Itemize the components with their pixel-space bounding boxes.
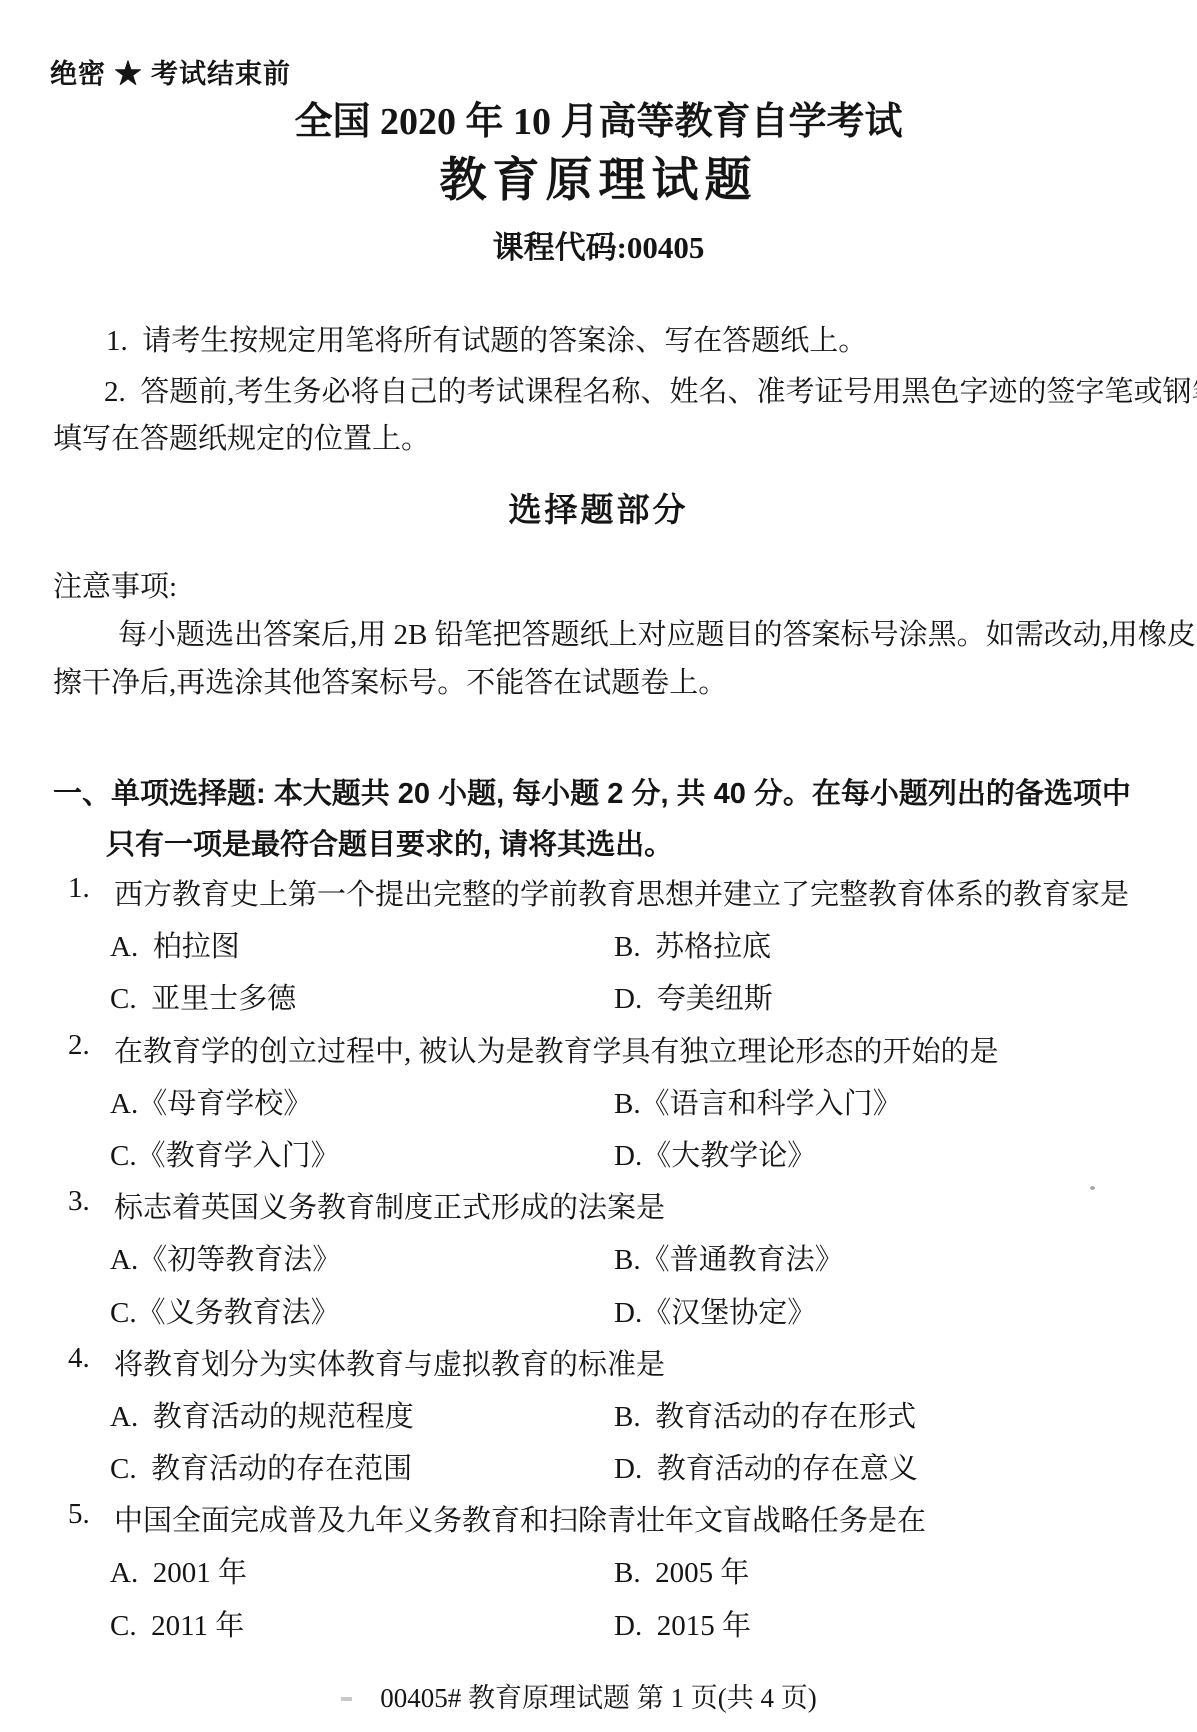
question-1-options-ab: A. 柏拉图 B. 苏格拉底 xyxy=(0,924,1197,976)
question-3-stem-row: 3. 标志着英国义务教育制度正式形成的法案是 xyxy=(0,1185,1197,1237)
question-4-options-cd: C. 教育活动的存在范围 D. 教育活动的存在意义 xyxy=(0,1446,1197,1498)
option-b: B. 2005 年 xyxy=(614,1550,749,1591)
option-b: B. 教育活动的存在形式 xyxy=(614,1394,916,1435)
question-2-options-ab: A.《母育学校》 B.《语言和科学入门》 xyxy=(0,1081,1197,1133)
question-stem: 中国全面完成普及九年义务教育和扫除青壮年文盲战略任务是在 xyxy=(114,1498,926,1539)
option-b: B. 苏格拉底 xyxy=(614,924,771,965)
instruction-item-1: 1. 请考生按规定用笔将所有试题的答案涂、写在答题纸上。 xyxy=(106,318,867,359)
option-c: C. 2011 年 xyxy=(110,1603,244,1644)
notes-line-2: 擦干净后,再选涂其他答案标号。不能答在试题卷上。 xyxy=(53,660,727,701)
part1-heading-line-2: 只有一项是最符合题目要求的, 请将其选出。 xyxy=(106,822,673,863)
section-title-multiple-choice: 选择题部分 xyxy=(0,484,1197,531)
option-d: D. 教育活动的存在意义 xyxy=(614,1446,918,1487)
option-a: A. 2001 年 xyxy=(110,1550,247,1591)
question-number: 1. xyxy=(68,872,90,905)
instruction-item-2-line-1: 2. 答题前,考生务必将自己的考试课程名称、姓名、准考证号用黑色字迹的签字笔或钢… xyxy=(104,369,1197,410)
option-b: B.《普通教育法》 xyxy=(614,1237,844,1278)
exam-session-title: 全国 2020 年 10 月高等教育自学考试 xyxy=(0,90,1197,145)
option-b: B.《语言和科学入门》 xyxy=(614,1081,902,1122)
option-c: C. 教育活动的存在范围 xyxy=(110,1446,412,1487)
exam-paper-page: 绝密 ★ 考试结束前 全国 2020 年 10 月高等教育自学考试 教育原理试题… xyxy=(0,0,1197,1732)
option-d: D. 夸美纽斯 xyxy=(614,976,773,1017)
question-number: 2. xyxy=(68,1029,90,1062)
option-a: A. 柏拉图 xyxy=(110,924,240,965)
notes-label: 注意事项: xyxy=(53,564,177,605)
page-footer: 00405# 教育原理试题 第 1 页(共 4 页) xyxy=(0,1676,1197,1715)
question-5-options-ab: A. 2001 年 B. 2005 年 xyxy=(0,1550,1197,1602)
question-2-options-cd: C.《教育学入门》 D.《大教学论》 xyxy=(0,1133,1197,1185)
question-stem: 将教育划分为实体教育与虚拟教育的标准是 xyxy=(114,1342,665,1383)
question-1-stem-row: 1. 西方教育史上第一个提出完整的学前教育思想并建立了完整教育体系的教育家是 xyxy=(0,872,1197,924)
question-number: 4. xyxy=(68,1342,90,1375)
course-code: 课程代码:00405 xyxy=(0,222,1197,267)
question-5-stem-row: 5. 中国全面完成普及九年义务教育和扫除青壮年文盲战略任务是在 xyxy=(0,1498,1197,1550)
question-list: 1. 西方教育史上第一个提出完整的学前教育思想并建立了完整教育体系的教育家是 A… xyxy=(0,872,1197,1655)
question-4-stem-row: 4. 将教育划分为实体教育与虚拟教育的标准是 xyxy=(0,1342,1197,1394)
part1-heading-line-1: 一、单项选择题: 本大题共 20 小题, 每小题 2 分, 共 40 分。在每小… xyxy=(53,771,1131,812)
option-c: C.《教育学入门》 xyxy=(110,1133,340,1174)
question-stem: 在教育学的创立过程中, 被认为是教育学具有独立理论形态的开始的是 xyxy=(114,1029,999,1070)
paper-title: 教育原理试题 xyxy=(0,143,1197,210)
option-a: A.《初等教育法》 xyxy=(110,1237,341,1278)
security-classification-label: 绝密 ★ 考试结束前 xyxy=(50,52,291,91)
option-d: D.《大教学论》 xyxy=(614,1133,816,1174)
option-c: C. 亚里士多德 xyxy=(110,976,296,1017)
question-5-options-cd: C. 2011 年 D. 2015 年 xyxy=(0,1603,1197,1655)
scan-artifact xyxy=(1090,1186,1095,1190)
scan-artifact xyxy=(341,1697,352,1701)
option-d: D. 2015 年 xyxy=(614,1603,751,1644)
question-number: 3. xyxy=(68,1185,90,1218)
question-2-stem-row: 2. 在教育学的创立过程中, 被认为是教育学具有独立理论形态的开始的是 xyxy=(0,1029,1197,1081)
notes-line-1: 每小题选出答案后,用 2B 铅笔把答题纸上对应题目的答案标号涂黑。如需改动,用橡… xyxy=(118,612,1196,653)
option-d: D.《汉堡协定》 xyxy=(614,1290,816,1331)
instruction-item-2-line-2: 填写在答题纸规定的位置上。 xyxy=(53,416,430,457)
question-3-options-cd: C.《义务教育法》 D.《汉堡协定》 xyxy=(0,1290,1197,1342)
question-3-options-ab: A.《初等教育法》 B.《普通教育法》 xyxy=(0,1237,1197,1289)
option-a: A. 教育活动的规范程度 xyxy=(110,1394,414,1435)
option-c: C.《义务教育法》 xyxy=(110,1290,340,1331)
question-stem: 西方教育史上第一个提出完整的学前教育思想并建立了完整教育体系的教育家是 xyxy=(114,872,1129,913)
question-number: 5. xyxy=(68,1498,90,1531)
question-stem: 标志着英国义务教育制度正式形成的法案是 xyxy=(114,1185,665,1226)
question-1-options-cd: C. 亚里士多德 D. 夸美纽斯 xyxy=(0,976,1197,1028)
question-4-options-ab: A. 教育活动的规范程度 B. 教育活动的存在形式 xyxy=(0,1394,1197,1446)
option-a: A.《母育学校》 xyxy=(110,1081,312,1122)
